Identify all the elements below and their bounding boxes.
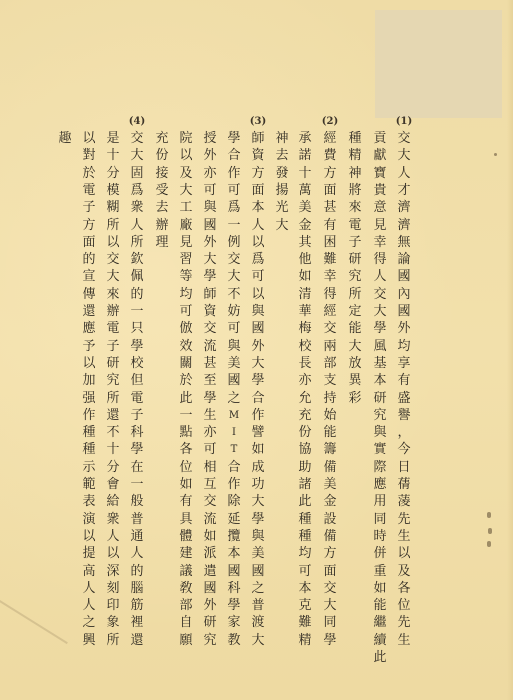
character: 大 [394, 147, 414, 164]
character: 議 [176, 563, 196, 580]
section-number: (1) [392, 116, 416, 127]
character: 所 [103, 217, 123, 234]
character: 國 [248, 320, 268, 337]
character: 除 [224, 493, 244, 510]
character: 續 [370, 632, 390, 649]
character: 得 [320, 286, 340, 303]
character: 今 [394, 441, 414, 458]
character: 部 [320, 355, 340, 372]
character: ， [394, 424, 414, 441]
character: 美 [248, 545, 268, 562]
character: 教 [224, 632, 244, 649]
character: 還 [103, 407, 123, 424]
character: 難 [295, 614, 315, 631]
character: 才 [394, 182, 414, 199]
character: 裡 [127, 614, 147, 631]
character: 於 [176, 372, 196, 389]
character: 際 [370, 459, 390, 476]
character: 能 [345, 320, 365, 337]
character: 種 [295, 528, 315, 545]
character: 國 [200, 217, 220, 234]
character: 國 [394, 268, 414, 285]
character: 例 [224, 234, 244, 251]
character: 幸 [370, 234, 390, 251]
character: 生 [394, 632, 414, 649]
character: 研 [103, 355, 123, 372]
character: 交 [200, 493, 220, 510]
character: 與 [370, 424, 390, 441]
character: 大 [248, 355, 268, 372]
character: 人 [370, 268, 390, 285]
character: 此 [295, 493, 315, 510]
character: 種 [295, 511, 315, 528]
character: 有 [320, 217, 340, 234]
character: 電 [79, 182, 99, 199]
character: 深 [103, 563, 123, 580]
character: 應 [370, 476, 390, 493]
character: 面 [248, 182, 268, 199]
character: 此 [176, 390, 196, 407]
character: 美 [295, 199, 315, 216]
character: 能 [320, 424, 340, 441]
character: 亦 [295, 372, 315, 389]
character: 一 [224, 217, 244, 234]
character: 及 [176, 165, 196, 182]
character: 大 [272, 217, 292, 234]
character: 重 [370, 563, 390, 580]
character: 人 [127, 217, 147, 234]
character: 以 [79, 130, 99, 147]
character: 充 [295, 407, 315, 424]
character: 表 [79, 493, 99, 510]
character: 來 [103, 286, 123, 303]
punch-mark [487, 541, 491, 547]
punch-mark [488, 528, 492, 534]
character: 助 [295, 459, 315, 476]
character: 交 [320, 320, 340, 337]
character: 各 [176, 441, 196, 458]
character: 家 [224, 614, 244, 631]
character: 可 [248, 268, 268, 285]
character: 不 [224, 286, 244, 303]
character: 效 [176, 338, 196, 355]
character: 如 [176, 476, 196, 493]
character: 派 [200, 545, 220, 562]
character: 去 [272, 147, 292, 164]
character: 範 [79, 476, 99, 493]
character: 師 [248, 130, 268, 147]
character: 接 [152, 165, 172, 182]
character: 時 [370, 528, 390, 545]
character: 難 [320, 251, 340, 268]
character: 能 [370, 597, 390, 614]
character: 甚 [320, 199, 340, 216]
character: 實 [370, 441, 390, 458]
character: 合 [248, 390, 268, 407]
character: 學 [224, 597, 244, 614]
character: 研 [200, 614, 220, 631]
character: 經 [320, 303, 340, 320]
character: 佩 [127, 268, 147, 285]
character: 國 [224, 372, 244, 389]
character: 所 [345, 286, 365, 303]
character: 國 [200, 580, 220, 597]
character: 象 [103, 614, 123, 631]
character: 學 [320, 632, 340, 649]
character: 電 [127, 390, 147, 407]
character: 困 [320, 234, 340, 251]
character: 流 [200, 338, 220, 355]
character: 究 [200, 632, 220, 649]
character: 成 [248, 459, 268, 476]
character: 攬 [224, 528, 244, 545]
character: 費 [320, 147, 340, 164]
character: 生 [200, 407, 220, 424]
character: 均 [394, 338, 414, 355]
character: 普 [248, 597, 268, 614]
character: 趣 [55, 130, 75, 147]
character: 亦 [200, 165, 220, 182]
character: 學 [248, 511, 268, 528]
character: 各 [394, 580, 414, 597]
character: 還 [79, 303, 99, 320]
character: 校 [127, 355, 147, 372]
character: 神 [345, 165, 365, 182]
character: 經 [320, 130, 340, 147]
punch-mark [487, 512, 491, 518]
character: 充 [152, 130, 172, 147]
character: 渡 [248, 614, 268, 631]
character: 衆 [103, 511, 123, 528]
tape-patch [375, 10, 502, 118]
character: 於 [79, 165, 99, 182]
character: 但 [127, 372, 147, 389]
character: 備 [320, 528, 340, 545]
character: 亦 [200, 424, 220, 441]
character: 體 [176, 528, 196, 545]
character: 欽 [127, 251, 147, 268]
character: 精 [345, 147, 365, 164]
character: 研 [370, 390, 390, 407]
character: 份 [295, 424, 315, 441]
character: 清 [295, 286, 315, 303]
character: 與 [248, 528, 268, 545]
character: 互 [200, 476, 220, 493]
character: 均 [176, 286, 196, 303]
character: 演 [79, 511, 99, 528]
character: 華 [295, 303, 315, 320]
character: 研 [345, 251, 365, 268]
character: 示 [79, 459, 99, 476]
character: 外 [394, 320, 414, 337]
character: 傳 [79, 286, 99, 303]
character: 模 [103, 182, 123, 199]
character: 美 [320, 476, 340, 493]
character: 人 [248, 217, 268, 234]
character: 人 [103, 528, 123, 545]
character: 資 [200, 303, 220, 320]
character: 克 [295, 597, 315, 614]
character: 享 [394, 355, 414, 372]
character: 以 [248, 286, 268, 303]
character: 在 [127, 459, 147, 476]
character: 功 [248, 476, 268, 493]
character: 之 [79, 614, 99, 631]
character: 去 [152, 199, 172, 216]
character: 面 [320, 182, 340, 199]
character: 異 [345, 372, 365, 389]
character: 對 [79, 147, 99, 164]
character: 學 [370, 320, 390, 337]
character: 大 [200, 251, 220, 268]
character: 盛 [394, 390, 414, 407]
character: 流 [200, 511, 220, 528]
character: 如 [248, 441, 268, 458]
character: 交 [200, 320, 220, 337]
character: 外 [200, 147, 220, 164]
character: 以 [103, 545, 123, 562]
character: 譽 [394, 407, 414, 424]
character: 種 [79, 424, 99, 441]
character: 加 [79, 372, 99, 389]
character: 一 [127, 303, 147, 320]
character: 還 [127, 632, 147, 649]
character: 幸 [320, 268, 340, 285]
character: 究 [370, 407, 390, 424]
character: 同 [370, 511, 390, 528]
character: 如 [370, 580, 390, 597]
character: 風 [370, 338, 390, 355]
character: 大 [320, 597, 340, 614]
character: 妨 [224, 303, 244, 320]
character: 諾 [295, 147, 315, 164]
character: 國 [248, 563, 268, 580]
character: 均 [295, 545, 315, 562]
character: 生 [394, 528, 414, 545]
character: 繼 [370, 614, 390, 631]
character: 基 [370, 355, 390, 372]
character: 交 [103, 251, 123, 268]
character: 科 [224, 580, 244, 597]
character: 金 [295, 217, 315, 234]
character: 其 [295, 234, 315, 251]
character: 先 [394, 511, 414, 528]
character: 以 [248, 234, 268, 251]
character: 種 [345, 130, 365, 147]
character: 大 [127, 147, 147, 164]
character: 來 [345, 199, 365, 216]
character: 及 [394, 563, 414, 580]
character: 人 [79, 597, 99, 614]
character: 辦 [152, 217, 172, 234]
character: 本 [224, 545, 244, 562]
character: 究 [345, 268, 365, 285]
document-page: (1)交大人才濟濟無論國內國外均享有盛譽，今日蒨蓤先生以及各位先生貢獻寶貴意見幸… [0, 0, 513, 700]
character: 辦 [103, 303, 123, 320]
paper-crease [0, 600, 68, 644]
character: 有 [176, 493, 196, 510]
character: 用 [370, 493, 390, 510]
character: 以 [79, 528, 99, 545]
character: 予 [79, 338, 99, 355]
character: 的 [127, 563, 147, 580]
character: 學 [127, 338, 147, 355]
character: 校 [295, 338, 315, 355]
character: 高 [79, 563, 99, 580]
character: 濟 [394, 199, 414, 216]
character: 大 [370, 303, 390, 320]
character: 院 [176, 130, 196, 147]
character: 提 [79, 545, 99, 562]
character: 內 [394, 286, 414, 303]
character: 美 [224, 355, 244, 372]
character: 刻 [103, 580, 123, 597]
character: 以 [394, 545, 414, 562]
character: 寶 [370, 165, 390, 182]
character: 一 [176, 407, 196, 424]
character: 十 [103, 441, 123, 458]
character: 爲 [127, 182, 147, 199]
character: 作 [248, 407, 268, 424]
character: 以 [103, 234, 123, 251]
character: 所 [103, 390, 123, 407]
character: 學 [200, 268, 220, 285]
character: 理 [152, 234, 172, 251]
character: 與 [248, 303, 268, 320]
character: 支 [320, 372, 340, 389]
character: 子 [103, 338, 123, 355]
character: 可 [176, 303, 196, 320]
character: 大 [248, 493, 268, 510]
character: 給 [103, 493, 123, 510]
character: 份 [152, 147, 172, 164]
character: 十 [295, 165, 315, 182]
character: M [224, 407, 244, 424]
character: 無 [394, 234, 414, 251]
character: 點 [176, 424, 196, 441]
character: 甚 [200, 355, 220, 372]
character: 十 [103, 147, 123, 164]
character: 人 [127, 545, 147, 562]
character: 合 [224, 459, 244, 476]
character: 分 [103, 165, 123, 182]
punch-mark [494, 153, 497, 156]
character: 如 [200, 528, 220, 545]
character: 大 [176, 182, 196, 199]
character: 論 [394, 251, 414, 268]
character: 國 [224, 563, 244, 580]
character: 可 [224, 320, 244, 337]
character: T [224, 441, 244, 458]
character: 分 [103, 459, 123, 476]
character: 學 [200, 390, 220, 407]
character: 一 [127, 476, 147, 493]
character: 糊 [103, 199, 123, 216]
character: 普 [127, 511, 147, 528]
character: 大 [345, 338, 365, 355]
character: 位 [176, 459, 196, 476]
character: 濟 [394, 217, 414, 234]
character: 遣 [200, 563, 220, 580]
character: 同 [320, 614, 340, 631]
character: 持 [320, 390, 340, 407]
character: 如 [295, 268, 315, 285]
character: 他 [295, 251, 315, 268]
character: 允 [295, 390, 315, 407]
character: 部 [176, 597, 196, 614]
character: 資 [248, 147, 268, 164]
character: 爲 [248, 251, 268, 268]
character: 學 [248, 372, 268, 389]
character: 師 [200, 286, 220, 303]
character: 興 [79, 632, 99, 649]
character: 合 [224, 147, 244, 164]
character: 此 [370, 649, 390, 666]
character: 光 [272, 199, 292, 216]
character: 之 [248, 580, 268, 597]
character: 見 [176, 234, 196, 251]
character: 外 [200, 597, 220, 614]
character: 工 [176, 199, 196, 216]
character: 本 [295, 580, 315, 597]
character: 面 [79, 234, 99, 251]
character: 可 [200, 182, 220, 199]
character: 日 [394, 459, 414, 476]
character: 梅 [295, 320, 315, 337]
character: 意 [370, 199, 390, 216]
section-number: (2) [318, 116, 342, 127]
character: 等 [176, 268, 196, 285]
character: 宣 [79, 268, 99, 285]
character: 面 [320, 563, 340, 580]
character: 始 [320, 407, 340, 424]
character: 貴 [370, 182, 390, 199]
character: 發 [272, 165, 292, 182]
character: 與 [224, 338, 244, 355]
character: 金 [320, 493, 340, 510]
character: 科 [127, 424, 147, 441]
character: 不 [103, 424, 123, 441]
character: 併 [370, 545, 390, 562]
character: 建 [176, 545, 196, 562]
character: 設 [320, 511, 340, 528]
character: 方 [320, 545, 340, 562]
character: 本 [248, 199, 268, 216]
character: 授 [200, 130, 220, 147]
character: 彩 [345, 390, 365, 407]
character: 電 [345, 217, 365, 234]
character: 人 [394, 165, 414, 182]
character: 的 [79, 251, 99, 268]
character: 會 [103, 476, 123, 493]
character: 可 [224, 182, 244, 199]
character: 交 [320, 580, 340, 597]
character: 以 [176, 147, 196, 164]
character: 關 [176, 355, 196, 372]
character: 長 [295, 355, 315, 372]
character: 蓤 [394, 493, 414, 510]
character: 所 [103, 632, 123, 649]
character: 敎 [176, 580, 196, 597]
character: 子 [127, 407, 147, 424]
section-number: (4) [125, 116, 149, 127]
character: 交 [370, 286, 390, 303]
character: 印 [103, 597, 123, 614]
character: 受 [152, 182, 172, 199]
character: 大 [103, 268, 123, 285]
character: 筋 [127, 597, 147, 614]
character: 位 [394, 597, 414, 614]
